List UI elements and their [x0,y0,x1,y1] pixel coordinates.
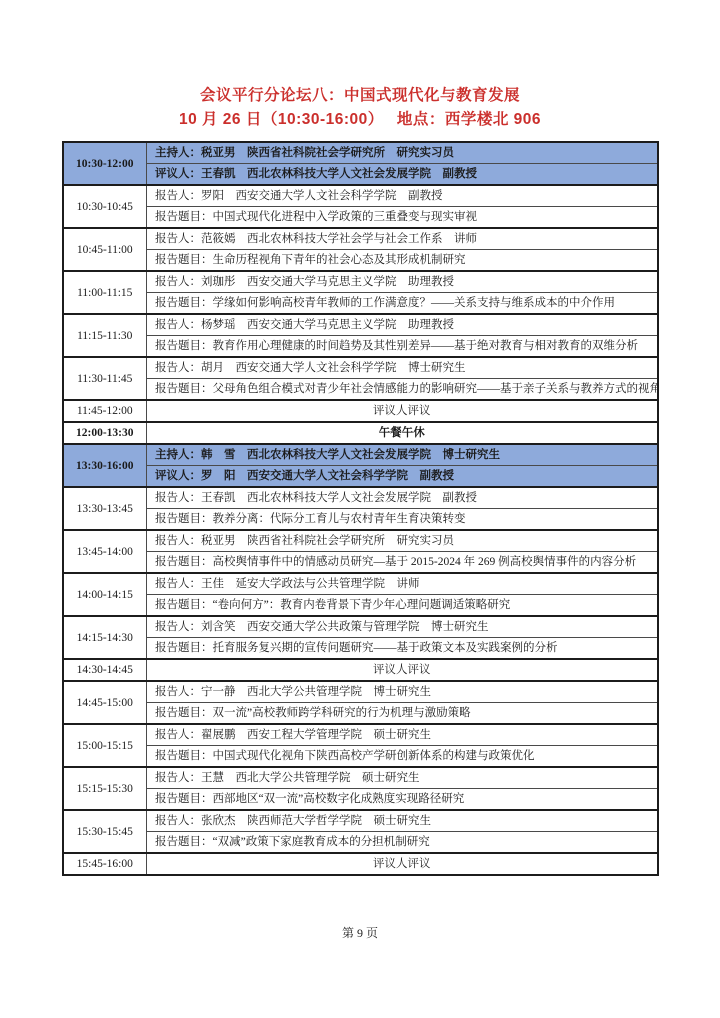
presentation-row: 报告题目：西部地区“双一流”高校数字化成熟度实现路径研究 [63,789,658,811]
presentation-row: 13:30-13:45报告人：王春凯 西北农林科技大学人文社会发展学院 副教授 [63,487,658,509]
schedule-table: 10:30-12:00主持人：税亚男 陕西省社科院社会学研究所 研究实习员评议人… [62,141,659,876]
topic-cell: 报告题目：生命历程视角下青年的社会心态及其形成机制研究 [147,250,658,272]
presentation-row: 15:15-15:30报告人：王慧 西北大学公共管理学院 硕士研究生 [63,767,658,789]
presenter-cell: 报告人：范筱嫣 西北农林科技大学社会学与社会工作系 讲师 [147,228,658,250]
discussion-row: 15:45-16:00评议人评议 [63,853,658,875]
presenter-cell: 报告人：胡月 西安交通大学人文社会科学学院 博士研究生 [147,357,658,379]
session-header-row: 10:30-12:00主持人：税亚男 陕西省社科院社会学研究所 研究实习员 [63,142,658,164]
presenter-cell: 报告人：翟展鹏 西安工程大学管理学院 硕士研究生 [147,724,658,746]
time-cell: 10:30-12:00 [63,142,147,185]
discussion-cell: 评议人评议 [147,853,658,875]
presenter-cell: 报告人：刘含笑 西安交通大学公共政策与管理学院 博士研究生 [147,616,658,638]
topic-cell: 报告题目：西部地区“双一流”高校数字化成熟度实现路径研究 [147,789,658,811]
presentation-row: 报告题目：教养分离：代际分工育儿与农村青年生育决策转变 [63,509,658,531]
time-cell: 11:30-11:45 [63,357,147,400]
presenter-cell: 报告人：杨梦瑶 西安交通大学马克思主义学院 助理教授 [147,314,658,336]
presentation-row: 报告题目：学缘如何影响高校青年教师的工作满意度？——关系支持与维系成本的中介作用 [63,293,658,315]
presenter-cell: 报告人：税亚男 陕西省社科院社会学研究所 研究实习员 [147,530,658,552]
forum-title: 会议平行分论坛八：中国式现代化与教育发展 [0,84,720,108]
time-cell: 15:00-15:15 [63,724,147,767]
topic-cell: 报告题目：中国式现代化视角下陕西高校产学研创新体系的构建与政策优化 [147,746,658,768]
time-cell: 15:45-16:00 [63,853,147,875]
discussion-row: 11:45-12:00评议人评议 [63,400,658,422]
presentation-row: 报告题目：父母角色组合模式对青少年社会情感能力的影响研究——基于亲子关系与教养方… [63,379,658,401]
date-location-line: 10 月 26 日（10:30-16:00） 地点：西学楼北 906 [0,108,720,132]
presentation-row: 10:30-10:45报告人：罗阳 西安交通大学人文社会科学学院 副教授 [63,185,658,207]
topic-cell: 报告题目：学缘如何影响高校青年教师的工作满意度？——关系支持与维系成本的中介作用 [147,293,658,315]
time-cell: 12:00-13:30 [63,422,147,444]
topic-cell: 报告题目：教育作用心理健康的时间趋势及其性别差异——基于绝对教育与相对教育的双维… [147,336,658,358]
session-header-row: 评议人：王春凯 西北农林科技大学人文社会发展学院 副教授 [63,164,658,186]
title-block: 会议平行分论坛八：中国式现代化与教育发展 10 月 26 日（10:30-16:… [0,84,720,132]
topic-cell: 报告题目：“双减”政策下家庭教育成本的分担机制研究 [147,832,658,854]
topic-cell: 报告题目：教养分离：代际分工育儿与农村青年生育决策转变 [147,509,658,531]
presenter-cell: 报告人：张欣杰 陕西师范大学哲学学院 硕士研究生 [147,810,658,832]
time-cell: 13:30-16:00 [63,444,147,487]
time-cell: 14:30-14:45 [63,659,147,681]
page-number: 第 9 页 [0,924,720,941]
discussion-cell: 评议人评议 [147,400,658,422]
time-cell: 13:30-13:45 [63,487,147,530]
presentation-row: 11:15-11:30报告人：杨梦瑶 西安交通大学马克思主义学院 助理教授 [63,314,658,336]
session-header-row: 评议人：罗 阳 西安交通大学人文社会科学学院 副教授 [63,466,658,488]
presentation-row: 14:45-15:00报告人：宁一静 西北大学公共管理学院 博士研究生 [63,681,658,703]
presentation-row: 13:45-14:00报告人：税亚男 陕西省社科院社会学研究所 研究实习员 [63,530,658,552]
discussion-cell: 评议人评议 [147,659,658,681]
presenter-cell: 报告人：王春凯 西北农林科技大学人文社会发展学院 副教授 [147,487,658,509]
discussion-row: 14:30-14:45评议人评议 [63,659,658,681]
session-header-row: 13:30-16:00主持人：韩 雪 西北农林科技大学人文社会发展学院 博士研究… [63,444,658,466]
break-cell: 午餐午休 [147,422,658,444]
presentation-row: 14:00-14:15报告人：王佳 延安大学政法与公共管理学院 讲师 [63,573,658,595]
time-cell: 15:30-15:45 [63,810,147,853]
time-cell: 15:15-15:30 [63,767,147,810]
time-cell: 10:30-10:45 [63,185,147,228]
document-page: 会议平行分论坛八：中国式现代化与教育发展 10 月 26 日（10:30-16:… [0,0,720,1018]
presentation-row: 15:30-15:45报告人：张欣杰 陕西师范大学哲学学院 硕士研究生 [63,810,658,832]
presenter-cell: 报告人：王慧 西北大学公共管理学院 硕士研究生 [147,767,658,789]
time-cell: 14:00-14:15 [63,573,147,616]
session-discussant-cell: 评议人：王春凯 西北农林科技大学人文社会发展学院 副教授 [147,164,658,186]
session-discussant-cell: 评议人：罗 阳 西安交通大学人文社会科学学院 副教授 [147,466,658,488]
time-cell: 11:45-12:00 [63,400,147,422]
presentation-row: 报告题目：教育作用心理健康的时间趋势及其性别差异——基于绝对教育与相对教育的双维… [63,336,658,358]
presentation-row: 15:00-15:15报告人：翟展鹏 西安工程大学管理学院 硕士研究生 [63,724,658,746]
presentation-row: 报告题目：中国式现代化进程中入学政策的三重叠变与现实审视 [63,207,658,229]
presenter-cell: 报告人：刘珈彤 西安交通大学马克思主义学院 助理教授 [147,271,658,293]
presenter-cell: 报告人：罗阳 西安交通大学人文社会科学学院 副教授 [147,185,658,207]
presentation-row: 报告题目：高校舆情事件中的情感动员研究—基于 2015-2024 年 269 例… [63,552,658,574]
time-cell: 14:45-15:00 [63,681,147,724]
time-cell: 14:15-14:30 [63,616,147,659]
topic-cell: 报告题目：托育服务复兴期的宣传问题研究——基于政策文本及实践案例的分析 [147,638,658,660]
presentation-row: 10:45-11:00报告人：范筱嫣 西北农林科技大学社会学与社会工作系 讲师 [63,228,658,250]
topic-cell: 报告题目：中国式现代化进程中入学政策的三重叠变与现实审视 [147,207,658,229]
session-chair-cell: 主持人：韩 雪 西北农林科技大学人文社会发展学院 博士研究生 [147,444,658,466]
time-cell: 11:00-11:15 [63,271,147,314]
topic-cell: 报告题目：父母角色组合模式对青少年社会情感能力的影响研究——基于亲子关系与教养方… [147,379,658,401]
presentation-row: 报告题目：双一流”高校教师跨学科研究的行为机理与激励策略 [63,703,658,725]
presentation-row: 报告题目：“双减”政策下家庭教育成本的分担机制研究 [63,832,658,854]
time-cell: 11:15-11:30 [63,314,147,357]
presenter-cell: 报告人：宁一静 西北大学公共管理学院 博士研究生 [147,681,658,703]
time-cell: 10:45-11:00 [63,228,147,271]
presentation-row: 11:30-11:45报告人：胡月 西安交通大学人文社会科学学院 博士研究生 [63,357,658,379]
topic-cell: 报告题目：“卷向何方”：教育内卷背景下青少年心理问题调适策略研究 [147,595,658,617]
presentation-row: 14:15-14:30报告人：刘含笑 西安交通大学公共政策与管理学院 博士研究生 [63,616,658,638]
topic-cell: 报告题目：高校舆情事件中的情感动员研究—基于 2015-2024 年 269 例… [147,552,658,574]
presentation-row: 11:00-11:15报告人：刘珈彤 西安交通大学马克思主义学院 助理教授 [63,271,658,293]
time-cell: 13:45-14:00 [63,530,147,573]
session-chair-cell: 主持人：税亚男 陕西省社科院社会学研究所 研究实习员 [147,142,658,164]
presentation-row: 报告题目：中国式现代化视角下陕西高校产学研创新体系的构建与政策优化 [63,746,658,768]
break-row: 12:00-13:30午餐午休 [63,422,658,444]
presentation-row: 报告题目：托育服务复兴期的宣传问题研究——基于政策文本及实践案例的分析 [63,638,658,660]
presentation-row: 报告题目：“卷向何方”：教育内卷背景下青少年心理问题调适策略研究 [63,595,658,617]
topic-cell: 报告题目：双一流”高校教师跨学科研究的行为机理与激励策略 [147,703,658,725]
presentation-row: 报告题目：生命历程视角下青年的社会心态及其形成机制研究 [63,250,658,272]
presenter-cell: 报告人：王佳 延安大学政法与公共管理学院 讲师 [147,573,658,595]
